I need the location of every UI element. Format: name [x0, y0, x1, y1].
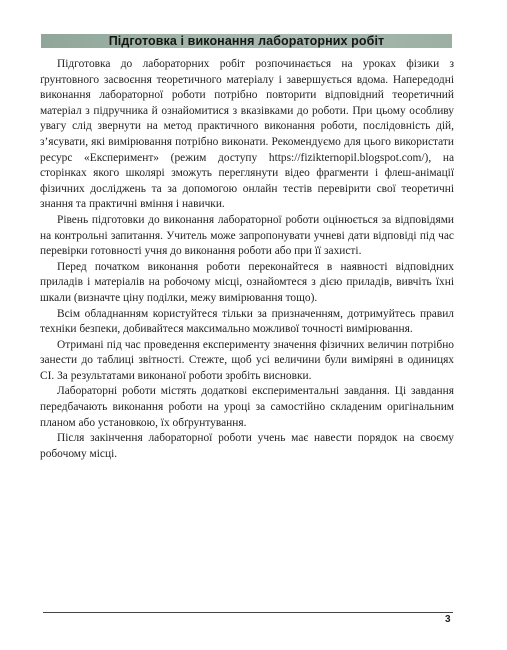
section-title: Підготовка і виконання лабораторних робі…: [109, 34, 385, 48]
section-title-bar: Підготовка і виконання лабораторних робі…: [41, 34, 452, 48]
footer-divider: [43, 612, 453, 613]
document-page: Підготовка і виконання лабораторних робі…: [0, 0, 507, 650]
page-number: 3: [445, 614, 451, 625]
paragraph-safety: Всім обладнанням користуйтеся тільки за …: [40, 307, 454, 338]
paragraph-preparation: Підготовка до лабораторних робіт розпочи…: [40, 57, 454, 213]
paragraph-equipment-check: Перед початком виконання роботи перекона…: [40, 260, 454, 307]
body-text: Підготовка до лабораторних робіт розпочи…: [40, 57, 454, 462]
paragraph-extra-tasks: Лабораторні роботи містять додаткові екс…: [40, 384, 454, 431]
paragraph-cleanup: Після закінчення лабораторної роботи уче…: [40, 431, 454, 462]
paragraph-results: Отримані під час проведення експерименту…: [40, 338, 454, 385]
paragraph-assessment: Рівень підготовки до виконання лаборатор…: [40, 213, 454, 260]
